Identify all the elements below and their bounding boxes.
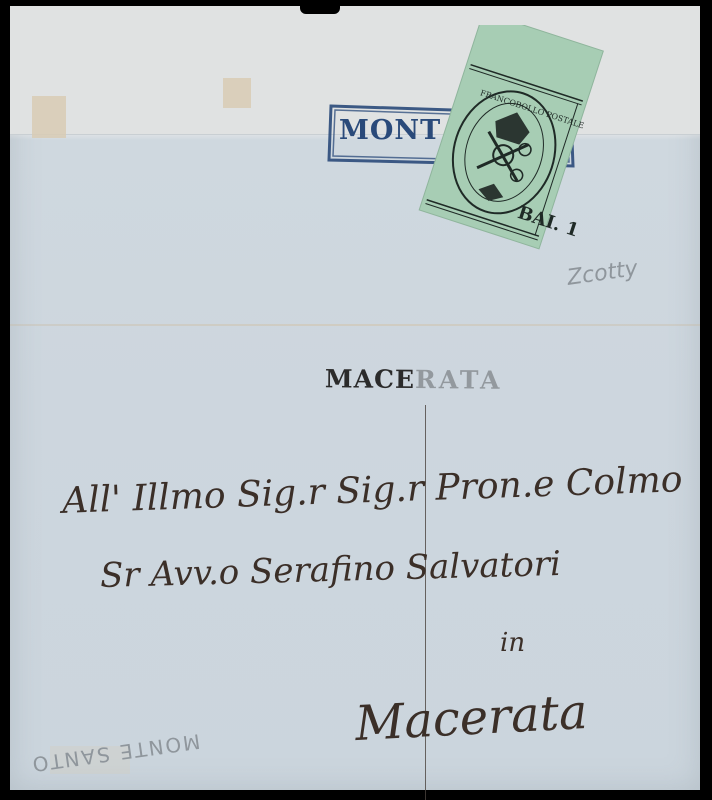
pencil-note-signature: Zcotty <box>566 256 640 291</box>
destination-cancel: MACERATA <box>325 364 503 395</box>
hinge-remnant <box>32 96 66 138</box>
hinge-remnant <box>223 78 251 108</box>
destination-cancel-faded: RATA <box>415 365 503 395</box>
paper-tear <box>300 6 340 14</box>
address-line-3: in <box>500 628 525 658</box>
fold-line <box>10 324 700 326</box>
destination-cancel-visible: MACE <box>325 364 415 394</box>
postage-stamp: FRANCOBOLLO POSTALE BAI. 1 <box>405 25 605 255</box>
